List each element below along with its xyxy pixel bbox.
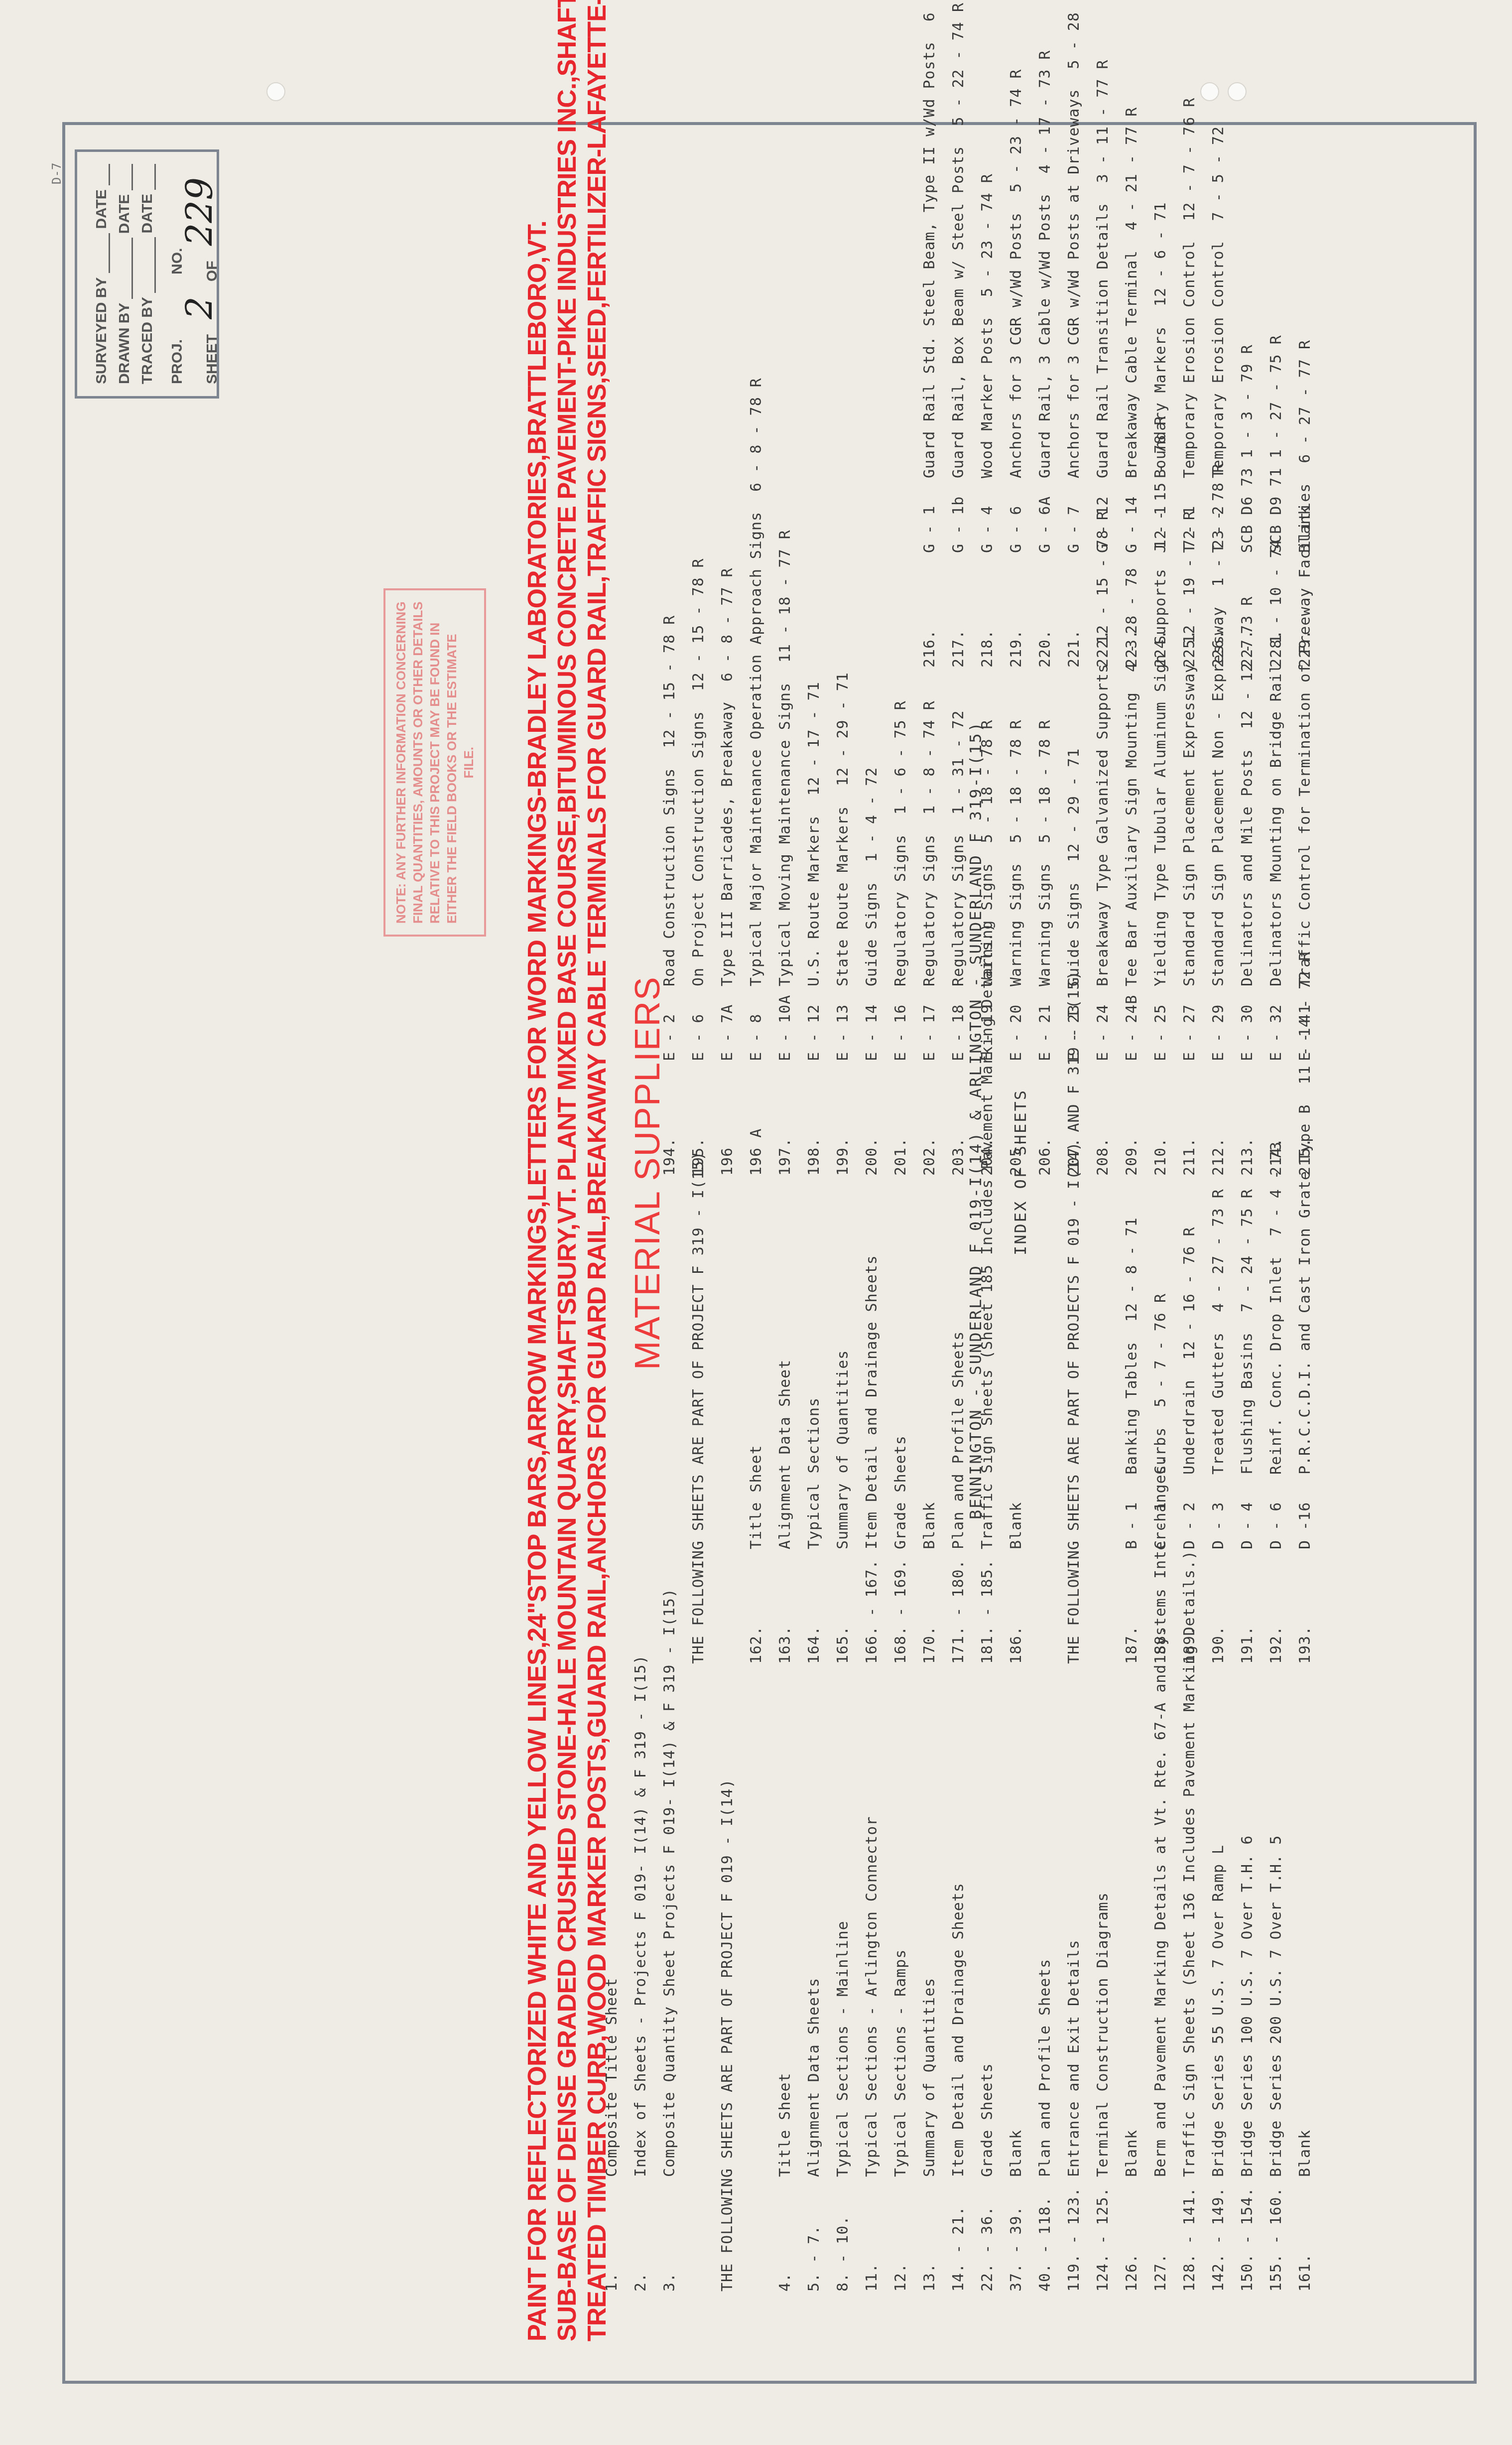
sheet-description: Bridge Series 100 U.S. 7 Over T.H. 6 xyxy=(1233,1835,1262,2177)
standard-code: E - 30 xyxy=(1233,986,1262,1061)
sheet-number: 221. xyxy=(1060,553,1089,668)
sheet-number: 214. xyxy=(1262,1061,1291,1176)
standard-code: D - 3 xyxy=(1204,1475,1233,1549)
standard-code: E - 24B xyxy=(1118,986,1146,1061)
sheet-description: Delinators Mounting on Bridge Rail xyxy=(1262,664,1291,986)
revision-date: 12 - 17 - 71 xyxy=(800,681,829,796)
surveyed-by-field[interactable] xyxy=(94,233,110,273)
sheet-number: 163. xyxy=(771,1549,800,1664)
revision-date: 1 - 27 - 75 R xyxy=(1262,335,1291,458)
sheet-number: 218. xyxy=(973,553,1002,668)
sheet-description: Treated Gutters xyxy=(1204,1332,1233,1475)
sheet-number: 193. xyxy=(1291,1549,1320,1664)
sheet-number: 226. xyxy=(1204,553,1233,668)
revision-date: 12 - 16 - 76 R xyxy=(1175,1227,1204,1360)
sheet-number: 3. xyxy=(655,2177,684,2292)
sheet-number: 222. xyxy=(1089,553,1118,668)
sheet-number: 22. - 36. xyxy=(973,2177,1002,2292)
standard-code: E - 12 xyxy=(800,986,829,1061)
sheet-description: Blank xyxy=(1118,2130,1146,2177)
traced-by-label: TRACED BY xyxy=(139,297,156,384)
revision-date: 1 - 3 - 79 R xyxy=(1233,344,1262,458)
standard-code: G - 7 xyxy=(1060,478,1089,553)
sheet-number: 213. xyxy=(1233,1061,1262,1176)
sheet-number: 211. xyxy=(1175,1061,1204,1176)
stamp-line: FILE. xyxy=(460,601,477,924)
sheet-number: 225. xyxy=(1175,553,1204,668)
sheet-description: Regulatory Signs xyxy=(944,834,973,986)
sheet-description: Temporary Erosion Control xyxy=(1175,241,1204,478)
sheet-description: Typical Moving Maintenance Signs xyxy=(771,682,800,986)
sheet-number: 166. - 167. xyxy=(858,1549,886,1664)
standard-code: E - 18 xyxy=(944,986,973,1061)
index-row: 223.G - 14Breakaway Cable Terminal4 - 21… xyxy=(1118,0,1146,668)
standard-code: T - 1 xyxy=(1175,478,1204,553)
sheet-number: 119. - 123. xyxy=(1060,2177,1089,2292)
index-row: 198.E - 12U.S. Route Markers12 - 17 - 71 xyxy=(800,340,829,1176)
sheet-number: 124. - 125. xyxy=(1089,2177,1118,2292)
standard-code: E - 21 xyxy=(1031,986,1060,1061)
revision-date: 5 - 23 - 74 R xyxy=(1002,69,1031,192)
revision-date: 12 - 6 - 71 xyxy=(1146,202,1175,306)
sheet-description: Index of Sheets - Projects F 019- I(14) … xyxy=(627,1655,655,2177)
index-row: 226.T - 2Temporary Erosion Control7 - 5 … xyxy=(1204,0,1233,668)
sheet-number: 8. - 10. xyxy=(829,2177,858,2292)
title-block: SURVEYED BYDATE DRAWN BYDATE TRACED BYDA… xyxy=(75,149,219,399)
standard-code: E - 7A xyxy=(713,986,742,1061)
standard-code: E - 20 xyxy=(1002,986,1031,1061)
revision-date: 5 - 18 - 78 R xyxy=(973,719,1002,843)
sheet-number: 5. - 7. xyxy=(800,2177,829,2292)
revision-date: 12 - 15 - 78 R xyxy=(684,558,713,691)
traced-by-field[interactable] xyxy=(139,237,156,293)
sheet-number: 171. - 180. xyxy=(944,1549,973,1664)
sheet-number: 189. xyxy=(1175,1549,1204,1664)
sheet-number: 126. xyxy=(1118,2177,1146,2292)
material-suppliers-line-1: TREATED TIMBER CURB,WOOD MARKER POSTS,GU… xyxy=(583,0,612,2341)
revision-date: 6 - 8 - 77 R xyxy=(713,567,742,681)
sheet-number: 162. xyxy=(742,1549,771,1664)
index-row: 195.E - 6On Project Construction Signs12… xyxy=(684,340,713,1176)
sheet-number: 196 xyxy=(713,1061,742,1176)
sheet-description: Tee Bar Auxiliary Sign Mounting xyxy=(1118,692,1146,986)
sheet-description: Bridge Series 200 U.S. 7 Over T.H. 5 xyxy=(1262,1835,1291,2177)
sheet-number: 217. xyxy=(944,553,973,668)
sheet-description: Guide Signs xyxy=(1060,882,1089,986)
drawing-code: D-7 xyxy=(50,163,64,184)
sheet-number: 2 xyxy=(179,296,221,319)
standard-code: SCB D9 71 xyxy=(1262,478,1291,553)
sheet-description: Warning Signs xyxy=(1002,863,1031,986)
standard-code: G - 14 xyxy=(1118,478,1146,553)
sheet-number: 201. xyxy=(886,1061,915,1176)
sheet-description: Temporary Erosion Control xyxy=(1204,241,1233,478)
revision-date: 1 - 31 - 72 xyxy=(944,710,973,815)
index-row: 229.Blank xyxy=(1291,0,1320,668)
sheet-number: 192. xyxy=(1262,1549,1291,1664)
sheet-description: Bridge Series 55 U.S. 7 Over Ramp L xyxy=(1204,1845,1233,2177)
stamp-line: EITHER THE FIELD BOOKS OR THE ESTIMATE xyxy=(443,601,460,924)
sheet-description: Regulatory Signs xyxy=(915,834,944,986)
sheet-description: Typical Sections xyxy=(800,1397,829,1549)
revision-date: 4 - 27 - 73 R xyxy=(1204,1189,1233,1312)
surveyed-date-field[interactable] xyxy=(94,164,110,185)
standard-code: E - 27 xyxy=(1175,986,1204,1061)
revision-date: 12 - 29 - 71 xyxy=(829,672,858,786)
traced-date-field[interactable] xyxy=(139,164,156,190)
sheet-description: Terminal Construction Diagrams xyxy=(1089,1892,1118,2177)
sheet-number: 198. xyxy=(800,1061,829,1176)
sheet-number: 14. - 21. xyxy=(944,2177,973,2292)
index-row: 197.E - 10ATypical Moving Maintenance Si… xyxy=(771,340,800,1176)
sheet-description: Guard Rail, Box Beam w/ Steel Posts xyxy=(944,146,973,478)
material-suppliers-line-2: SUB-BASE OF DENSE GRADED CRUSHED STONE-H… xyxy=(553,0,582,2341)
revision-date: 6 - 8 - 78 R xyxy=(742,378,771,492)
sheet-number: 215. xyxy=(1291,1061,1320,1176)
sheet-number: 196 A xyxy=(742,1061,771,1176)
sheet-description: Banking Tables xyxy=(1118,1342,1146,1475)
sheet-number: 223. xyxy=(1118,553,1146,668)
no-label: NO. xyxy=(169,248,186,274)
sheet-number: 150. - 154. xyxy=(1233,2177,1262,2292)
standard-code: G - 4 xyxy=(973,478,1002,553)
sheet-description: Warning Signs xyxy=(1031,863,1060,986)
drawn-by-label: DRAWN BY xyxy=(116,303,133,384)
sheet-number: 216. xyxy=(915,553,944,668)
sheet-description: Typical Sections - Arlington Connector xyxy=(858,1816,886,2177)
sheet-number: 2. xyxy=(627,2177,655,2292)
sheet-description: Typical Sections - Mainline xyxy=(829,1920,858,2177)
sheet-number: 202. xyxy=(915,1061,944,1176)
standard-code: E - 24 xyxy=(1089,986,1118,1061)
sheet-description: Anchors for 3 CGR w/Wd Posts at Driveway… xyxy=(1060,89,1089,478)
sheet-number: 13. xyxy=(915,2177,944,2292)
standard-code: G - 1b xyxy=(944,478,973,553)
sheet-description: Boundary Markers xyxy=(1146,326,1175,478)
column-4: 216.G - 1Guard Rail Std. Steel Beam, Typ… xyxy=(858,0,1320,668)
sheet-number: 161. xyxy=(1291,2177,1320,2292)
index-row: 3.Composite Quantity Sheet Projects F 01… xyxy=(655,1455,684,2292)
standard-code: J - 1 xyxy=(1146,478,1175,553)
standard-code: E - 29 xyxy=(1204,986,1233,1061)
index-row: 225.T - 1Temporary Erosion Control12 - 7… xyxy=(1175,0,1204,668)
sheet-number: 207. xyxy=(1060,1061,1089,1176)
sheet-number: 127. xyxy=(1146,2177,1175,2292)
index-row: 221.G - 7Anchors for 3 CGR w/Wd Posts at… xyxy=(1060,0,1089,668)
sheet-description: Regulatory Signs xyxy=(886,834,915,986)
index-row: 219.G - 6Anchors for 3 CGR w/Wd Posts5 -… xyxy=(1002,0,1031,668)
sheet-description: Title Sheet xyxy=(771,2072,800,2177)
standard-code: B - 1 xyxy=(1118,1475,1146,1549)
sheet-description: Composite Quantity Sheet Projects F 019-… xyxy=(655,1588,684,2177)
index-row: 217.G - 1bGuard Rail, Box Beam w/ Steel … xyxy=(944,0,973,668)
sheet-description: Alignment Data Sheet xyxy=(771,1359,800,1549)
stamp-line: NOTE: ANY FURTHER INFORMATION CONCERNING xyxy=(392,601,409,924)
sheet-description: State Route Markers xyxy=(829,806,858,986)
sheet-number: 40. - 118. xyxy=(1031,2177,1060,2292)
revision-date: 5 - 23 - 74 R xyxy=(973,173,1002,297)
sheet-description: Grade Sheets xyxy=(973,2063,1002,2177)
revision-date: 7 - 24 - 75 R xyxy=(1233,1189,1262,1312)
sheet-number: 165. xyxy=(829,1549,858,1664)
standard-code: Blank xyxy=(1291,478,1320,553)
standard-code: E - 16 xyxy=(886,986,915,1061)
revision-date: 5 - 28 - 74 R xyxy=(1060,0,1089,69)
punch-hole xyxy=(266,82,285,101)
sheet-number: 155. - 160. xyxy=(1262,2177,1291,2292)
standard-code: D - 2 xyxy=(1175,1475,1204,1549)
sheet-description: Blank xyxy=(1291,2130,1320,2177)
surveyed-by-label: SURVEYED BY xyxy=(93,277,110,384)
note-stamp: NOTE: ANY FURTHER INFORMATION CONCERNING… xyxy=(383,588,486,937)
sheet-description: Warning Signs xyxy=(973,863,1002,986)
revision-date: 5 - 7 - 76 R xyxy=(1146,1293,1175,1407)
sheet-number: 128. - 141. xyxy=(1175,2177,1204,2292)
standard-code: D - 4 xyxy=(1233,1475,1262,1549)
index-row: 216.G - 1Guard Rail Std. Steel Beam, Typ… xyxy=(915,0,944,668)
standard-code: E - 25 xyxy=(1146,986,1175,1061)
sheet-number: 170. xyxy=(915,1549,944,1664)
sheet-description: Type III Barricades, Breakaway xyxy=(713,701,742,986)
revision-date: 6 - 1 - 78 R xyxy=(915,0,944,21)
sheet-number: 209. xyxy=(1118,1061,1146,1176)
revision-date: 1 - 4 - 72 xyxy=(858,767,886,862)
sheet-number: 37. - 39. xyxy=(1002,2177,1031,2292)
material-suppliers-heading: MATERIAL SUPPLIERS xyxy=(628,976,667,1370)
sheet-number: 190. xyxy=(1204,1549,1233,1664)
date-label: DATE xyxy=(93,189,110,229)
sheet-description: Standard Sign Placement Expressway xyxy=(1175,664,1204,986)
standard-code: D -16 xyxy=(1291,1475,1320,1549)
sheet-number: 188. xyxy=(1146,1549,1175,1664)
stamp-line: RELATIVE TO THIS PROJECT MAY BE FOUND IN xyxy=(426,601,443,924)
sheet-number: 228. xyxy=(1262,553,1291,668)
revision-date: 4 - 21 - 77 R xyxy=(1118,107,1146,231)
sheet-description: Typical Sections - Ramps xyxy=(886,1949,915,2177)
date-label: DATE xyxy=(139,194,156,233)
sheet-number: 12. xyxy=(886,2177,915,2292)
sheet-description: Alignment Data Sheets xyxy=(800,1978,829,2177)
standard-code: G - 6A xyxy=(1031,478,1060,553)
sheet-number: 191. xyxy=(1233,1549,1262,1664)
revision-date: 1 - 6 - 75 R xyxy=(886,700,915,815)
sheet-number: 210. xyxy=(1146,1061,1175,1176)
index-row: 224.J - 1Boundary Markers12 - 6 - 71 xyxy=(1146,0,1175,668)
revision-date: 11 - 18 - 77 R xyxy=(771,530,800,663)
sheet-number: 11. xyxy=(858,2177,886,2292)
drawn-by-field[interactable] xyxy=(117,238,133,299)
revision-date: 3 - 11 - 77 R xyxy=(1089,59,1118,183)
sheet-description: Title Sheet xyxy=(742,1445,771,1549)
index-row: 196E - 7AType III Barricades, Breakaway6… xyxy=(713,340,742,1176)
date-label: DATE xyxy=(116,194,133,234)
sheet-number: 164. xyxy=(800,1549,829,1664)
sheet-number: 142. - 149. xyxy=(1204,2177,1233,2292)
standard-code: C - 1 xyxy=(1146,1475,1175,1549)
revision-date: 12 - 7 - 76 R xyxy=(1175,98,1204,221)
sheet-number: 203. xyxy=(944,1061,973,1176)
stamp-line: FINAL QUANTITIES, AMOUNTS OR OTHER DETAI… xyxy=(409,601,426,924)
sheet-label: SHEET xyxy=(204,334,221,384)
sheet-description: Guide Signs xyxy=(858,882,886,986)
standard-code: E - 23 xyxy=(1060,986,1089,1061)
standard-code: G - 6 xyxy=(1002,478,1031,553)
sheet-number: 181. - 185. xyxy=(973,1549,1002,1664)
index-row: 199.E - 13State Route Markers12 - 29 - 7… xyxy=(829,340,858,1176)
sheet-description: Flushing Basins xyxy=(1233,1332,1262,1475)
sheet-description: Reinf. Conc. Drop Inlet xyxy=(1262,1256,1291,1475)
index-row: 222.G - 12Guard Rail Transition Details3… xyxy=(1089,0,1118,668)
sheet-number: 195. xyxy=(684,1061,713,1176)
index-row: 220.G - 6AGuard Rail, 3 Cable w/Wd Posts… xyxy=(1031,0,1060,668)
standard-code: T - 2 xyxy=(1204,478,1233,553)
standard-code: E - 6 xyxy=(684,986,713,1061)
sheet-description: Breakaway Type Galvanized Supports xyxy=(1089,664,1118,986)
revision-date: 12 - 15 - 78 R xyxy=(655,615,684,748)
revision-date: 4 - 17 - 73 R xyxy=(1031,50,1060,173)
standard-code: G - 1 xyxy=(915,478,944,553)
standard-code: E - 17 xyxy=(915,986,944,1061)
sheet-description: Guard Rail Std. Steel Beam, Type II w/Wd… xyxy=(915,41,944,478)
sheet-number: 4. xyxy=(771,2177,800,2292)
sheet-description: Guard Rail, 3 Cable w/Wd Posts xyxy=(1031,193,1060,478)
sheet-description: Wood Marker Posts xyxy=(973,317,1002,478)
sheet-description: Underdrain xyxy=(1175,1379,1204,1475)
sheet-description: U.S. Route Markers xyxy=(800,815,829,986)
revision-date: 7 - 5 - 72 xyxy=(1204,126,1233,221)
index-row: 196 AE - 8Typical Major Maintenance Oper… xyxy=(742,340,771,1176)
sheet-description: Anchors for 3 CGR w/Wd Posts xyxy=(1002,212,1031,478)
revision-date: 12 - 29 - 71 xyxy=(1060,748,1089,862)
sheet-description: Blank xyxy=(1002,1502,1031,1549)
sheet-description: Blank xyxy=(915,1502,944,1549)
sheet-description: Grade Sheets xyxy=(886,1435,915,1549)
sheet-number: 204. xyxy=(973,1061,1002,1176)
standard-code: E - 14 xyxy=(858,986,886,1061)
standard-code: E - 10A xyxy=(771,986,800,1061)
sheet-number: 205. xyxy=(1002,1061,1031,1176)
revision-date: 5 - 18 - 78 R xyxy=(1002,719,1031,843)
sheet-description: Typical Major Maintenance Operation Appr… xyxy=(742,512,771,986)
sheet-number: 186. xyxy=(1002,1549,1031,1664)
sheet-description: Plan and Profile Sheets xyxy=(1031,1959,1060,2177)
standard-code: E - 32 xyxy=(1262,986,1291,1061)
revision-date: 5 - 22 - 74 R xyxy=(944,2,973,126)
sheet-description: Summary of Quantities xyxy=(915,1978,944,2177)
sheet-number: 200. xyxy=(858,1061,886,1176)
sheet-number: 208. xyxy=(1089,1061,1118,1176)
sheet-number: 187. xyxy=(1118,1549,1146,1664)
index-sheet: BENNINGTON - SUNDERLAND F 019-I(14) & AR… xyxy=(75,135,1464,2371)
index-row: 228.SCB D9 711 - 27 - 75 R xyxy=(1262,0,1291,668)
sheet-number: 212. xyxy=(1204,1061,1233,1176)
sheet-number: 220. xyxy=(1031,553,1060,668)
index-row: 227.SCB D6 731 - 3 - 79 R xyxy=(1233,0,1262,668)
sheet-description: Summary of Quantities xyxy=(829,1350,858,1549)
sheet-description: Breakaway Cable Terminal xyxy=(1118,251,1146,478)
revision-date: 12 - 8 - 71 xyxy=(1118,1217,1146,1322)
sheet-description: Curbs xyxy=(1146,1427,1175,1475)
index-row: 2.Index of Sheets - Projects F 019- I(14… xyxy=(627,1455,655,2292)
total-sheets: 229 xyxy=(179,177,221,246)
revision-date: 5 - 18 - 78 R xyxy=(1031,719,1060,843)
sheet-description: On Project Construction Signs xyxy=(684,711,713,986)
drawn-date-field[interactable] xyxy=(117,164,133,190)
standard-code: G - 12 xyxy=(1089,478,1118,553)
sheet-number: 219. xyxy=(1002,553,1031,668)
standard-code: SCB D6 73 xyxy=(1233,478,1262,553)
sheet-description: Road Construction Signs xyxy=(655,768,684,986)
sheet-description: Plan and Profile Sheets xyxy=(944,1331,973,1549)
revision-date: 1 - 8 - 74 R xyxy=(915,700,944,815)
proj-label: PROJ. xyxy=(169,339,186,384)
sheet-number: 224. xyxy=(1146,553,1175,668)
standard-code: D - 6 xyxy=(1262,1475,1291,1549)
material-suppliers-line-3: PAINT FOR REFLECTORIZED WHITE AND YELLOW… xyxy=(523,221,552,2341)
sheet-number: 227. xyxy=(1233,553,1262,668)
sheet-description: Guard Rail Transition Details xyxy=(1089,203,1118,478)
sheet-number: 168. - 169. xyxy=(886,1549,915,1664)
of-label: OF xyxy=(204,261,221,281)
sheet-number: 229. xyxy=(1291,553,1320,668)
standard-code: E - 8 xyxy=(742,986,771,1061)
sheet-number: 197. xyxy=(771,1061,800,1176)
sheet-description: Delinators and Mile Posts xyxy=(1233,749,1262,986)
sheet-description: Blank xyxy=(1002,2130,1031,2177)
sheet-description: Item Detail and Drainage Sheets xyxy=(944,1883,973,2177)
index-row: 218.G - 4Wood Marker Posts5 - 23 - 74 R xyxy=(973,0,1002,668)
standard-code: E - 13 xyxy=(829,986,858,1061)
sheet-description: Entrance and Exit Details xyxy=(1060,1939,1089,2177)
sheet-number: 199. xyxy=(829,1061,858,1176)
sheet-description: Item Detail and Drainage Sheets xyxy=(858,1255,886,1549)
standard-code: E - 19 xyxy=(973,986,1002,1061)
standard-code: E - 41 xyxy=(1291,986,1320,1061)
sheet-number: 206. xyxy=(1031,1061,1060,1176)
